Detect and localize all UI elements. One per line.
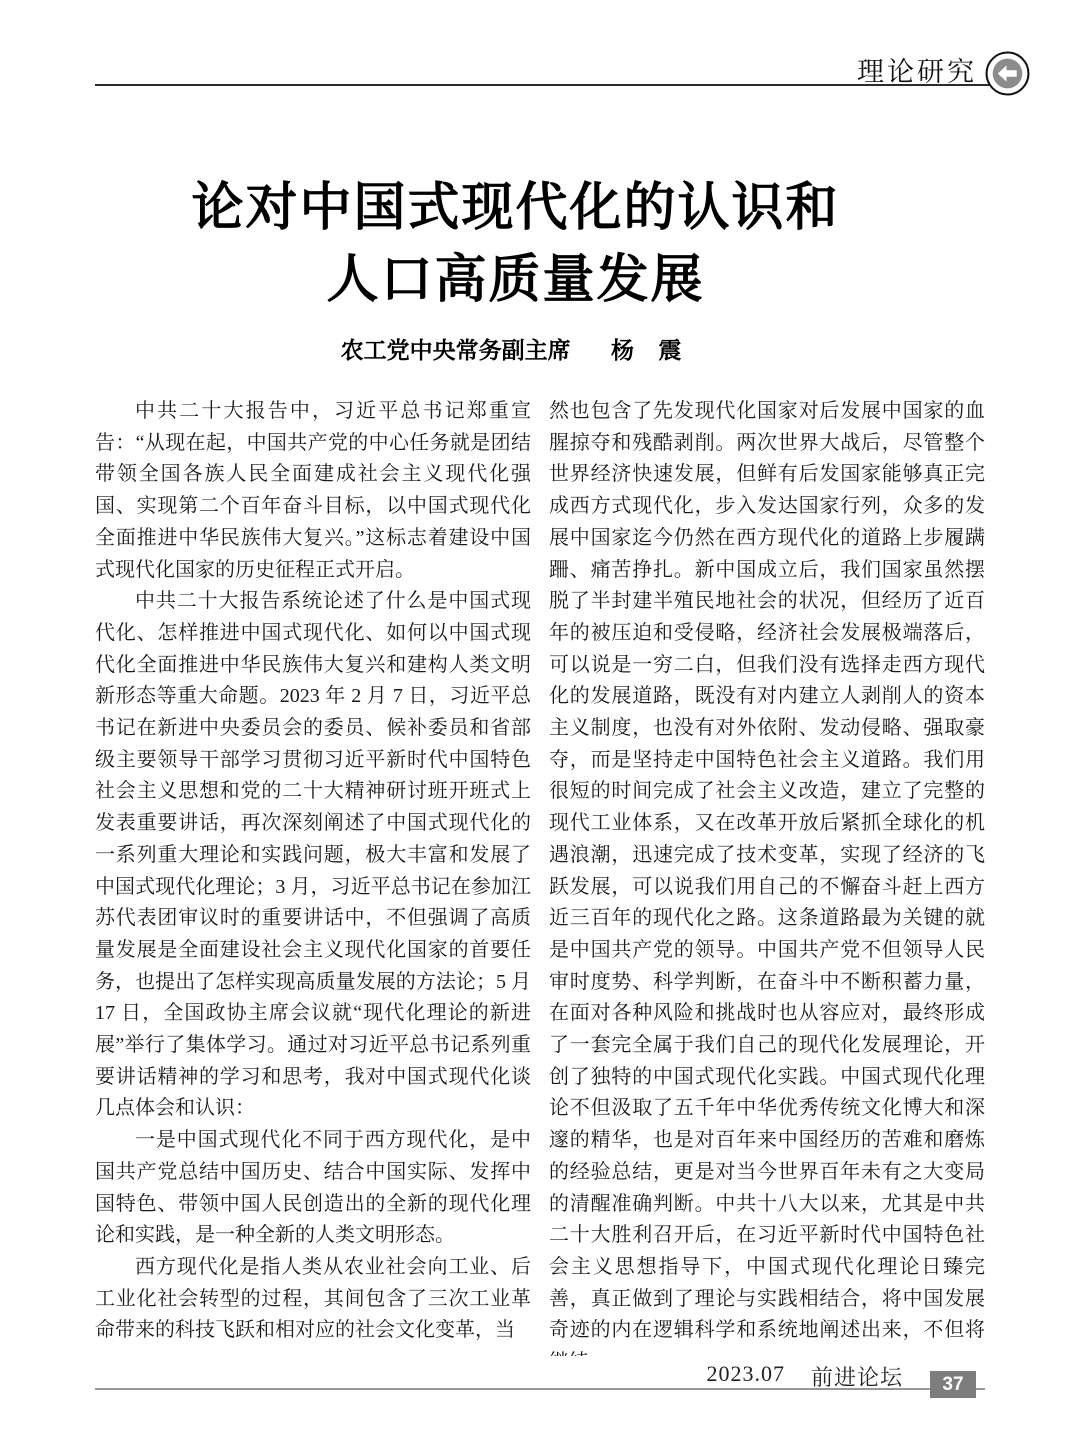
footer-issue: 2023.07: [706, 1361, 785, 1392]
right-column: 然也包含了先发现代化国家对后发展中国家的血腥掠夺和残酷剥削。两次世界大战后，尽管…: [549, 396, 985, 1356]
magazine-page: 理论研究 论对中国式现代化的认识和 人口高质量发展 农工党中央常务副主席 杨 震…: [0, 0, 1071, 1454]
article-body: 中共二十大报告中，习近平总书记郑重宣告：“从现在起，中国共产党的中心任务就是团结…: [95, 396, 985, 1356]
byline: 农工党中央常务副主席 杨 震: [0, 332, 1031, 365]
article-title-line2: 人口高质量发展: [326, 251, 704, 309]
article-title-line1: 论对中国式现代化的认识和: [191, 179, 839, 237]
left-column: 中共二十大报告中，习近平总书记郑重宣告：“从现在起，中国共产党的中心任务就是团结…: [95, 396, 531, 1356]
paragraph: 西方现代化是指人类从农业社会向工业、后工业化社会转型的过程，其间包含了三次工业革…: [95, 1252, 531, 1347]
footer-journal: 前进论坛: [811, 1361, 903, 1392]
back-arrow-icon: [985, 51, 1030, 96]
section-label: 理论研究: [857, 50, 977, 89]
article-title: 论对中国式现代化的认识和 人口高质量发展: [0, 172, 1031, 316]
paragraph: 然也包含了先发现代化国家对后发展中国家的血腥掠夺和残酷剥削。两次世界大战后，尽管…: [549, 396, 985, 1356]
header-rule: [95, 84, 989, 86]
page-number-badge: 37: [930, 1371, 976, 1398]
paragraph: 一是中国式现代化不同于西方现代化，是中国共产党总结中国历史、结合中国实际、发挥中…: [95, 1125, 531, 1252]
footer-meta: 2023.07 前进论坛: [706, 1361, 903, 1392]
paragraph: 中共二十大报告中，习近平总书记郑重宣告：“从现在起，中国共产党的中心任务就是团结…: [95, 396, 531, 586]
paragraph: 中共二十大报告系统论述了什么是中国式现代化、怎样推进中国式现代化、如何以中国式现…: [95, 586, 531, 1125]
byline-affiliation: 农工党中央常务副主席: [341, 337, 571, 363]
byline-author: 杨 震: [611, 337, 690, 363]
